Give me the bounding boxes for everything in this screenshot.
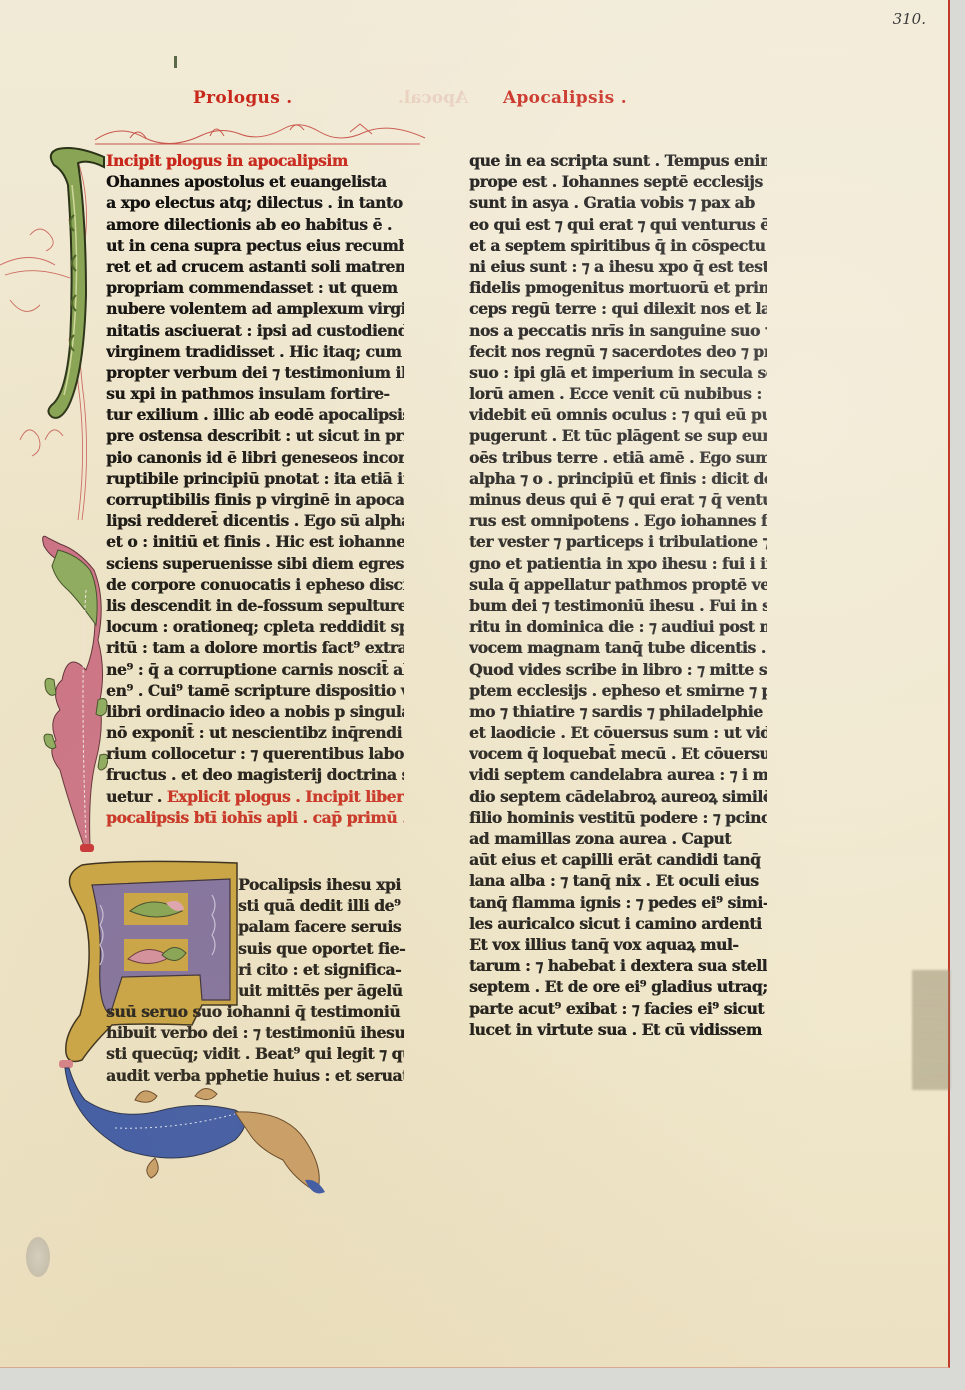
text-line: vocem q̄ loquebat̄ mecū . Et cōuersus	[469, 743, 767, 764]
text-line: pio canonis id ē libri geneseos incor-	[106, 447, 404, 468]
text-line: gno et patientia in xpo ihesu : fui i in…	[469, 553, 767, 574]
text-line: pugerunt . Et tūc plāgent se sup eum	[469, 425, 767, 446]
text-line: suo : ipi glā et imperium in secula secu…	[469, 362, 767, 383]
text-line: dio septem cādelabroꝝ aureoꝝ similē	[469, 786, 767, 807]
acanthus-pink-green-icon	[38, 530, 108, 855]
text-line: tanq̄ flamma ignis : ⁊ pedes ei⁹ simi-	[469, 892, 767, 913]
text-line: uit mittēs per āgelū	[238, 980, 406, 1001]
text-line: ad mamillas zona aurea . Caput	[469, 828, 767, 849]
text-line: ter vester ⁊ particeps i tribulatione ⁊ …	[469, 531, 767, 552]
text-fragment: uetur .	[106, 787, 162, 806]
text-line: lorū amen . Ecce venit cū nubibus : et	[469, 383, 767, 404]
text-line: sti quecūq; vidit . Beat⁹ qui legit ⁊ qu…	[106, 1043, 404, 1064]
text-line: fidelis pmogenitus mortuorū et prin-	[469, 277, 767, 298]
text-line: nubere volentem ad amplexum virgi	[106, 298, 404, 319]
text-line: fecit nos regnū ⁊ sacerdotes deo ⁊ pri	[469, 341, 767, 362]
text-line: propriam commendasset : ut quem	[106, 277, 404, 298]
text-line: bum dei ⁊ testimoniū ihesu . Fui in spi-	[469, 595, 767, 616]
text-line: eo qui est ⁊ qui erat ⁊ qui venturus ē :	[469, 214, 767, 235]
pen-flourish-top-icon	[90, 118, 430, 148]
text-line: virginem tradidisset . Hic itaq; cum	[106, 341, 404, 362]
ink-mark	[174, 56, 177, 68]
explicit-line: uetur . Explicit plogus . Incipit liber …	[106, 786, 404, 807]
running-head-right: Apocalipsis .	[503, 88, 627, 108]
text-line: en⁹ . Cui⁹ tamē scripture dispositio vel	[106, 680, 404, 701]
text-line: ri cito : et significa-	[238, 959, 406, 980]
text-line: nos a peccatis nrīs in sanguine suo ⁊	[469, 320, 767, 341]
parchment-hole	[26, 1237, 50, 1277]
text-line: Quod vides scribe in libro : ⁊ mitte se-	[469, 659, 767, 680]
text-line: Ohannes apostolus et euangelista	[106, 171, 404, 192]
text-line: sti quā dedit illi de⁹	[238, 895, 406, 916]
text-line: sunt in asya . Gratia vobis ⁊ pax ab	[469, 192, 767, 213]
text-line: mo ⁊ thiatire ⁊ sardis ⁊ philadelphie	[469, 701, 767, 722]
text-line: ut in cena supra pectus eius recumbe-	[106, 235, 404, 256]
text-line: fructus . et deo magisterij doctrina ser…	[106, 764, 404, 785]
text-line: hibuit verbo dei : ⁊ testimoniū ihesu xp…	[106, 1022, 404, 1043]
text-line: su xpi in pathmos insulam fortire-	[106, 383, 404, 404]
text-line: palam facere seruis	[238, 916, 406, 937]
text-line: et o : initiū et finis . Hic est iohanne…	[106, 531, 404, 552]
text-line: sula q̄ appellatur pathmos proptē ver-	[469, 574, 767, 595]
incipit-prologue-rubric: Incipit plogus in apocalipsim	[106, 150, 404, 171]
text-line: alpha ⁊ o . principiū et finis : dicit d…	[469, 468, 767, 489]
text-line: rus est omnipotens . Ego iohannes fra-	[469, 510, 767, 531]
text-line: oēs tribus terre . etiā amē . Ego sum	[469, 447, 767, 468]
text-line: de corpore conuocatis i epheso discipu-	[106, 574, 404, 595]
running-head-left: Prologus .	[193, 88, 293, 108]
text-line: tur exilium . illic ab eodē apocalipsis	[106, 404, 404, 425]
initial-letter-i-icon	[46, 145, 106, 430]
text-line: prope est . Iohannes septē ecclesijs que	[469, 171, 767, 192]
show-through-text: Apocal.	[398, 88, 468, 108]
text-line: ptem ecclesijs . epheso et smirne ⁊ perg…	[469, 680, 767, 701]
text-line: parte acut⁹ exibat : ⁊ facies ei⁹ sicut …	[469, 998, 767, 1019]
text-line: lis descendit in de-fossum sepulture sue	[106, 595, 404, 616]
text-line: ne⁹ : q̄ a corruptione carnis noscit̄ al…	[106, 659, 404, 680]
text-line: minus deus qui ē ⁊ qui erat ⁊ q̄ ventu-	[469, 489, 767, 510]
paper-repair-stain	[912, 970, 950, 1090]
text-line: et a septem spiritibus q̄ in cōspectu th…	[469, 235, 767, 256]
explicit-rubric: Explicit plogus . Incipit liber a	[167, 787, 404, 806]
text-line: sciens superuenisse sibi diem egressioni…	[106, 553, 404, 574]
text-line: rium collocetur : ⁊ querentibus laboris	[106, 743, 404, 764]
text-line: ceps regū terre : qui dilexit nos et lau…	[469, 298, 767, 319]
text-line: aūt eius et capilli erāt candidi tanq̄	[469, 849, 767, 870]
text-column-left: Incipit plogus in apocalipsim Ohannes ap…	[106, 150, 404, 828]
text-line: vocem magnam tanq̄ tube dicentis .	[469, 637, 767, 658]
text-line: filio hominis vestitū podere : ⁊ pcinctū	[469, 807, 767, 828]
text-line: ruptibile principiū pnotat : ita etiā in…	[106, 468, 404, 489]
text-line: lucet in virtute sua . Et cū vidissem eū…	[469, 1019, 767, 1040]
text-line: et laodicie . Et cōuersus sum : ut vider…	[469, 722, 767, 743]
manuscript-page: 310. Prologus . Apocal. Apocalipsis .	[0, 0, 950, 1368]
text-line: ret et ad crucem astanti soli matrem	[106, 256, 404, 277]
incipit-book-rubric: pocalipsis btī iohīs apli . cap̄ primū .	[106, 807, 404, 828]
text-line: pre ostensa describit : ut sicut in prin…	[106, 425, 404, 446]
text-line: libri ordinacio ideo a nobis p singula	[106, 701, 404, 722]
text-line: les auricalco sicut i camino ardenti	[469, 913, 767, 934]
text-line: propter verbum dei ⁊ testimonium ihe-	[106, 362, 404, 383]
text-line: vidi septem candelabra aurea : ⁊ i me-	[469, 764, 767, 785]
text-line: tarum : ⁊ habebat i dextera sua stellas	[469, 955, 767, 976]
text-line: que in ea scripta sunt . Tempus enim	[469, 150, 767, 171]
text-line: lipsi redderet̄ dicentis . Ego sū alpha	[106, 510, 404, 531]
text-column-right: que in ea scripta sunt . Tempus enim pro…	[469, 150, 767, 1040]
folio-number: 310.	[893, 10, 926, 28]
text-line: ritu in dominica die : ⁊ audiui post me	[469, 616, 767, 637]
text-line: suis que oportet fie-	[238, 938, 406, 959]
text-line: audit verba pphetie huius : et seruat ea	[106, 1065, 404, 1086]
chapter-opening-indented: Pocalipsis ihesu xpi sti quā dedit illi …	[106, 874, 406, 1001]
text-line: amore dilectionis ab eo habitus ē .	[106, 214, 404, 235]
text-line: Et vox illius tanq̄ vox aquaꝝ mul-	[469, 934, 767, 955]
text-line: locum : orationeq; cpleta reddidit spi-	[106, 616, 404, 637]
text-line: nō exponit̄ : ut nescientibz inq̄rendi d…	[106, 722, 404, 743]
text-line: Pocalipsis ihesu xpi	[238, 874, 406, 895]
text-line: nitatis asciuerat : ipsi ad custodiendā	[106, 320, 404, 341]
text-line: corruptibilis finis p virginē in apoca-	[106, 489, 404, 510]
text-line: ni eius sunt : ⁊ a ihesu xpo q̄ est test…	[469, 256, 767, 277]
text-line: lana alba : ⁊ tanq̄ nix . Et oculi eius	[469, 870, 767, 891]
text-line: suū seruo suo iohanni q̄ testimoniū per-	[106, 1001, 404, 1022]
text-line: videbit eū omnis oculus : ⁊ qui eū pu-	[469, 404, 767, 425]
chapter-continuation: suū seruo suo iohanni q̄ testimoniū per-…	[106, 1001, 404, 1086]
text-line: a xpo electus atq; dilectus . in tanto	[106, 192, 404, 213]
text-line: ritū : tam a dolore mortis fact⁹ extra-	[106, 637, 404, 658]
text-line: septem . Et de ore ei⁹ gladius utraq;	[469, 976, 767, 997]
